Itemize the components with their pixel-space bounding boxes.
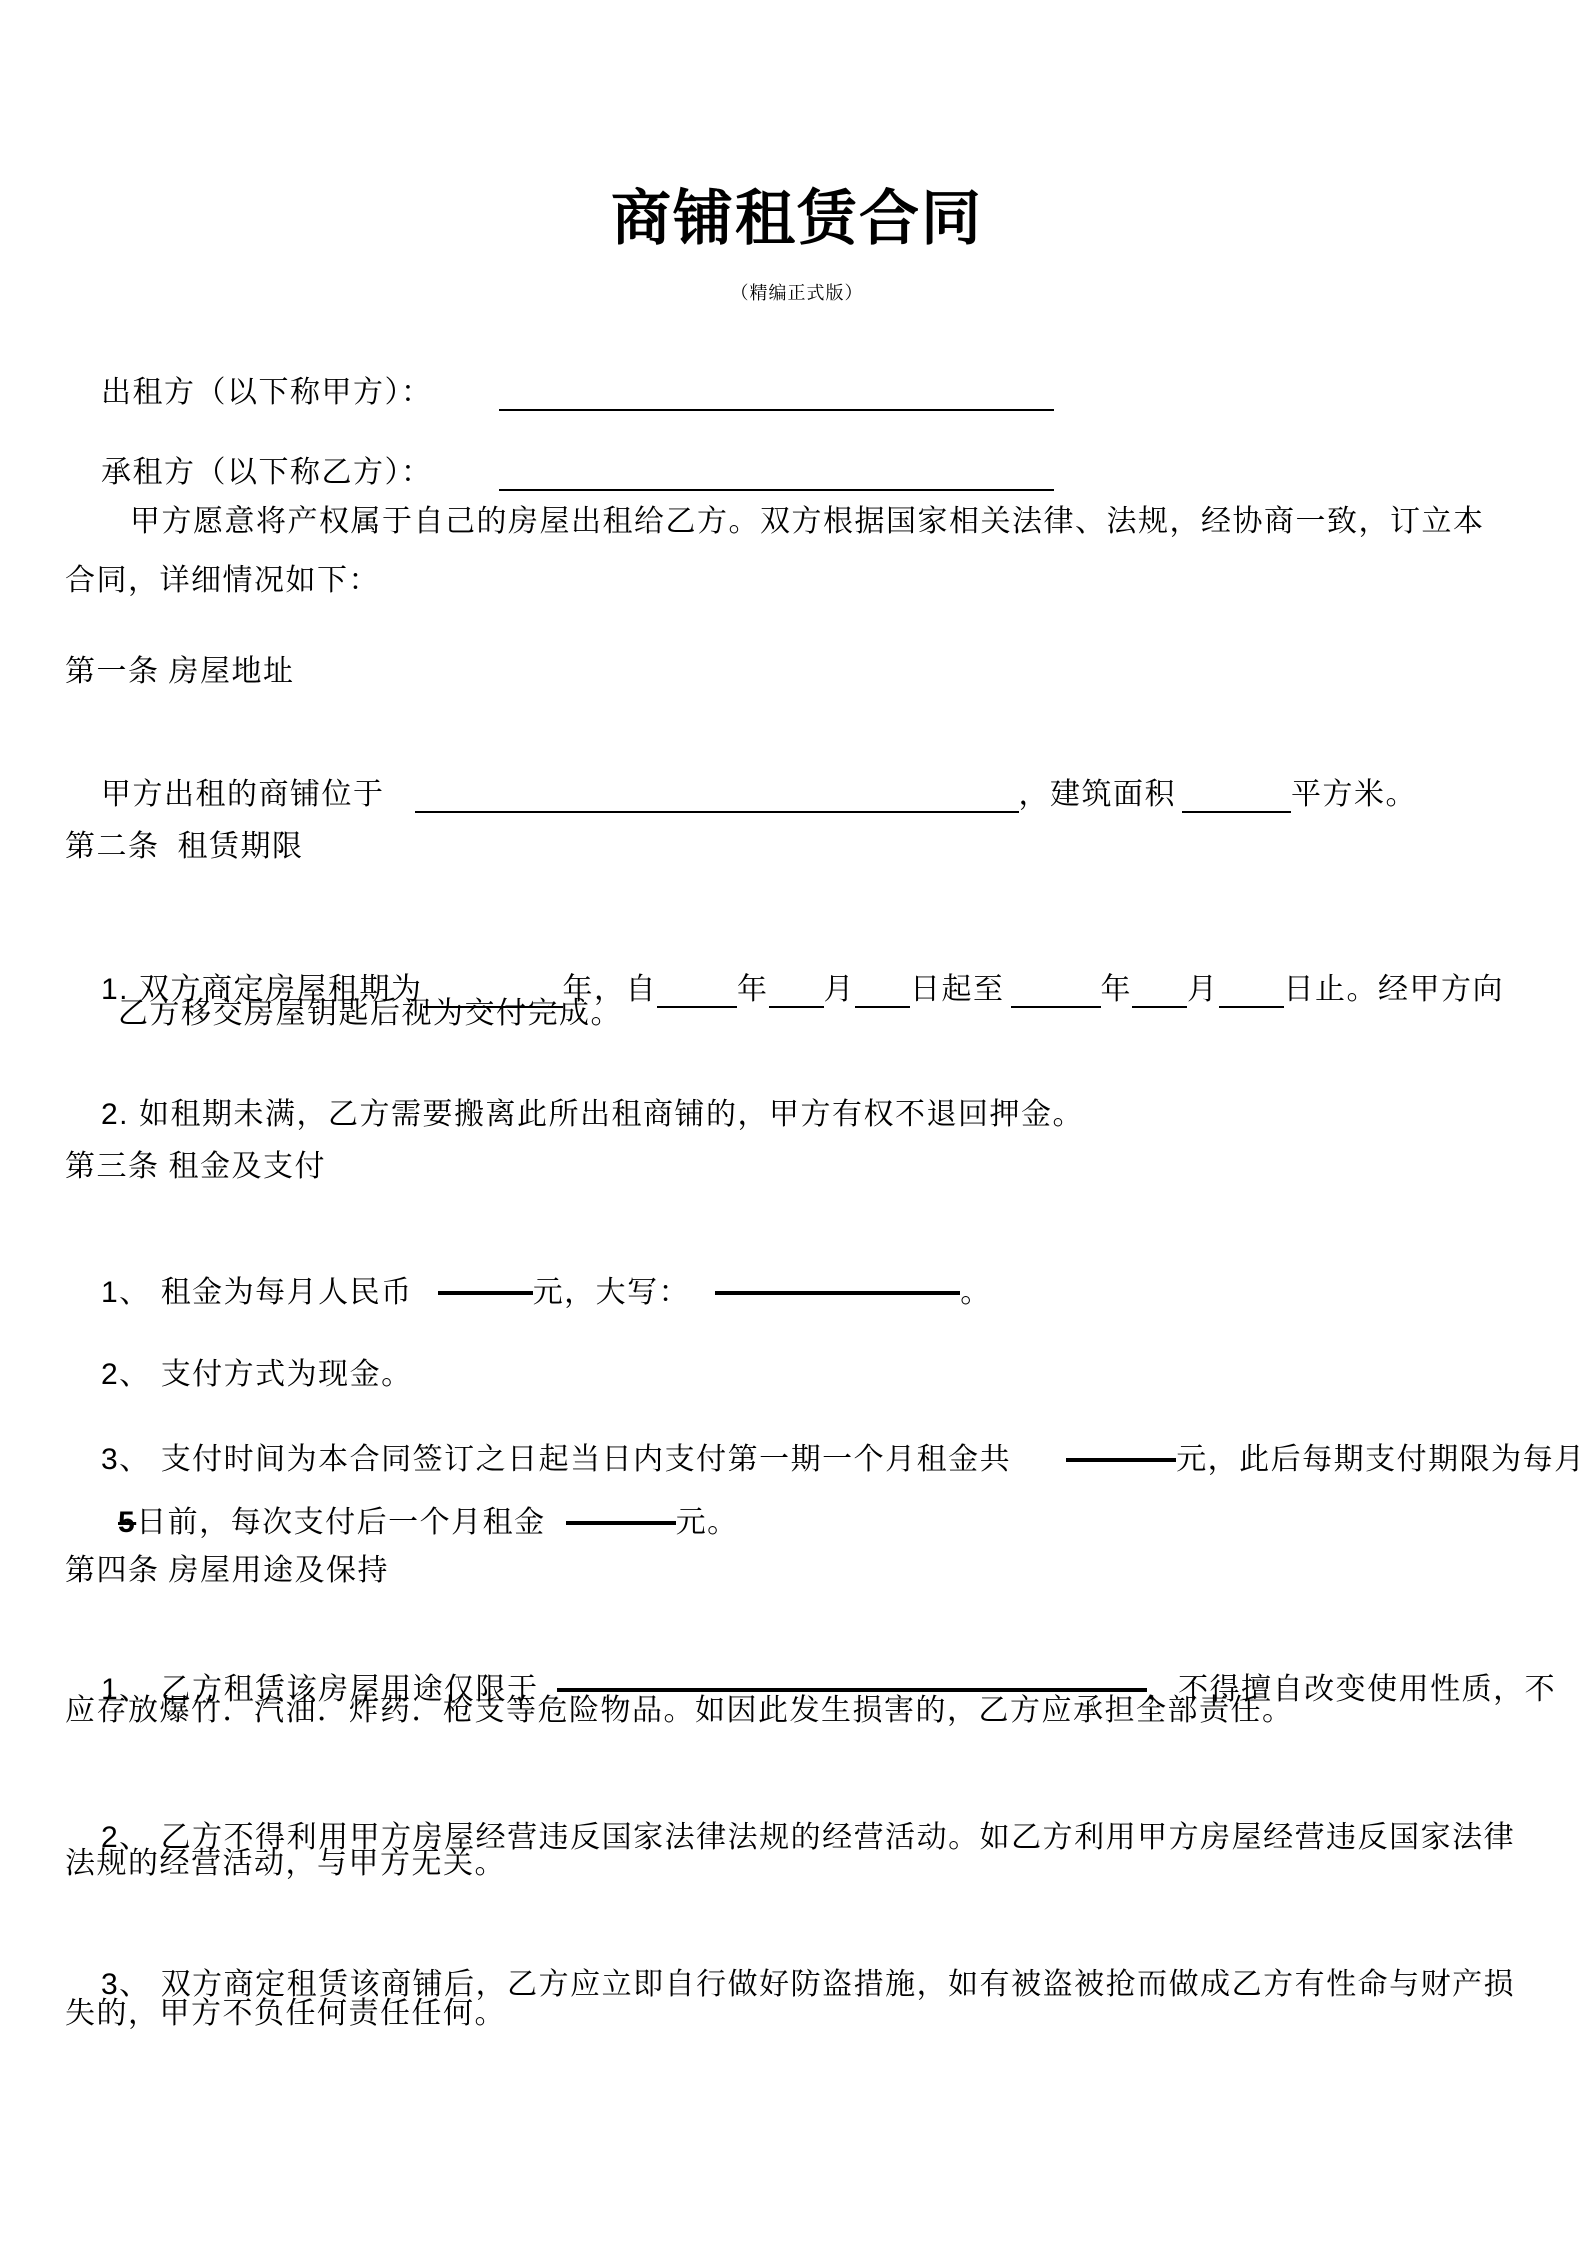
end-day-blank: [1219, 975, 1284, 1009]
article1-heading: 第一条 房屋地址: [65, 654, 295, 690]
intro-paragraph-line1: 甲方愿意将产权属于自己的房屋出租给乙方。双方根据国家相关法律、法规，经协商一致，…: [130, 504, 1485, 540]
start-year-blank: [657, 975, 737, 1009]
article3-heading: 第三条 租金及支付: [65, 1149, 326, 1185]
intro-paragraph-line2: 合同，详细情况如下：: [65, 563, 380, 599]
article2-item2-number: 2.: [101, 1098, 129, 1131]
before-day-text: 日前，每次支付后一个月租金: [136, 1506, 546, 1539]
article4-item2-line2: 法规的经营活动，与甲方无关。: [65, 1846, 506, 1882]
date-text-5: 年: [1101, 973, 1133, 1006]
rent-words-text: 元，大写：: [533, 1276, 691, 1309]
yuan-end-text: 元。: [676, 1506, 739, 1539]
start-day-blank: [855, 975, 910, 1009]
article2-item2-text: 如租期未满，乙方需要搬离此所出租商铺的，甲方有权不退回押金。: [139, 1098, 1084, 1131]
area-blank-line: [1182, 780, 1291, 814]
next-rent-fill-line: [566, 1521, 676, 1525]
rent-line-period: 。: [960, 1276, 992, 1309]
lessee-blank-line: [499, 458, 1054, 492]
article4-heading: 第四条 房屋用途及保持: [65, 1553, 389, 1589]
article1-pre: 甲方出租的商铺位于: [101, 778, 385, 811]
date-text-6: 月: [1187, 973, 1219, 1006]
payment-period-text: 元，此后每期支付期限为每月: [1176, 1443, 1586, 1476]
document-title: 商铺租赁合同: [0, 183, 1594, 255]
end-year-blank: [1011, 975, 1101, 1009]
date-text-7: 日止。经甲方向: [1284, 973, 1505, 1006]
address-blank-line: [415, 780, 1019, 814]
contract-document-page: 商铺租赁合同 （精编正式版） 出租方（以下称甲方）： 承租方（以下称乙方）： 甲…: [0, 0, 1594, 2255]
article4-item1-line2: 应存放爆竹．汽油．炸药．枪支等危险物品。如因此发生损害的，乙方应承担全部责任。: [65, 1693, 1294, 1729]
lessor-label: 出租方（以下称甲方）：: [101, 376, 433, 409]
article3-item1-number: 1、: [101, 1276, 151, 1309]
rent-amount-text: 租金为每月人民币: [161, 1276, 413, 1309]
article1-mid: ，建筑面积: [1019, 778, 1177, 811]
document-subtitle: （精编正式版）: [0, 283, 1594, 305]
start-month-blank: [769, 975, 824, 1009]
date-text-3: 月: [824, 973, 856, 1006]
article4-item3-line2: 失的，甲方不负任何责任任何。: [65, 1996, 506, 2032]
usage-fill-line: [557, 1688, 1147, 1692]
payment-method-text: 支付方式为现金。: [161, 1358, 413, 1391]
end-month-blank: [1132, 975, 1187, 1009]
article2-item1-line2: 乙方移交房屋钥匙后视为交付完成。: [118, 996, 622, 1032]
rent-words-fill-line: [715, 1291, 960, 1295]
article2-heading: 第二条 租赁期限: [65, 829, 304, 865]
lessor-blank-line: [499, 378, 1054, 412]
date-text-4: 日起至: [910, 973, 1005, 1006]
lessee-label: 承租方（以下称乙方）：: [101, 456, 433, 489]
first-rent-fill-line: [1066, 1458, 1176, 1462]
article3-item2-number: 2、: [101, 1358, 151, 1391]
rent-amount-fill-line: [438, 1291, 533, 1295]
date-text-2: 年: [737, 973, 769, 1006]
struck-number-5: 5: [118, 1506, 136, 1539]
article1-post: 平方米。: [1291, 778, 1417, 811]
